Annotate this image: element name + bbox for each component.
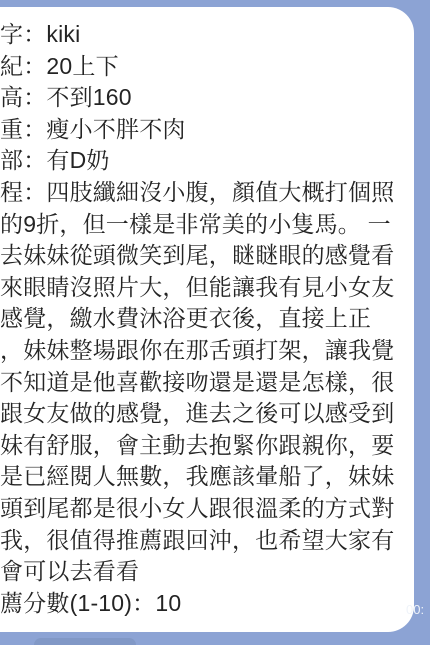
message-line: 重：瘦小不胖不肉 xyxy=(0,114,402,146)
message-text: 字：kiki 紀：20上下 高：不到160 重：瘦小不胖不肉 部：有D奶 程：四… xyxy=(0,19,402,619)
message-timestamp: 00: xyxy=(406,602,424,618)
message-line: 程：四肢纖細沒小腹，顏值大概打個照 xyxy=(0,177,402,209)
message-line: 部：有D奶 xyxy=(0,145,402,177)
message-line: 跟女友做的感覺，進去之後可以感受到 xyxy=(0,398,402,430)
message-line: 感覺，繳水費沐浴更衣後，直接上正 xyxy=(0,303,402,335)
message-line: 紀：20上下 xyxy=(0,51,402,83)
message-line: 來眼睛沒照片大，但能讓我有見小女友 xyxy=(0,272,402,304)
chat-background: 字：kiki 紀：20上下 高：不到160 重：瘦小不胖不肉 部：有D奶 程：四… xyxy=(0,0,430,645)
message-line: ，妹妹整場跟你在那舌頭打架，讓我覺 xyxy=(0,335,402,367)
message-line: 去妹妹從頭微笑到尾，瞇瞇眼的感覺看 xyxy=(0,240,402,272)
message-line: 會可以去看看 xyxy=(0,556,402,588)
message-line: 薦分數(1-10)：10 xyxy=(0,588,402,620)
message-line: 妹有舒服，會主動去抱緊你跟親你，要 xyxy=(0,430,402,462)
next-bubble-peek xyxy=(34,638,136,645)
message-line: 高：不到160 xyxy=(0,82,402,114)
message-line: 頭到尾都是很小女人跟很溫柔的方式對 xyxy=(0,493,402,525)
message-line: 我，很值得推薦跟回沖，也希望大家有 xyxy=(0,525,402,557)
message-line: 字：kiki xyxy=(0,19,402,51)
message-line: 的9折，但一樣是非常美的小隻馬。 一 xyxy=(0,209,402,241)
message-line: 是已經閱人無數，我應該暈船了，妹妹 xyxy=(0,461,402,493)
message-bubble[interactable]: 字：kiki 紀：20上下 高：不到160 重：瘦小不胖不肉 部：有D奶 程：四… xyxy=(0,7,414,632)
message-line: 不知道是他喜歡接吻還是還是怎樣，很 xyxy=(0,367,402,399)
